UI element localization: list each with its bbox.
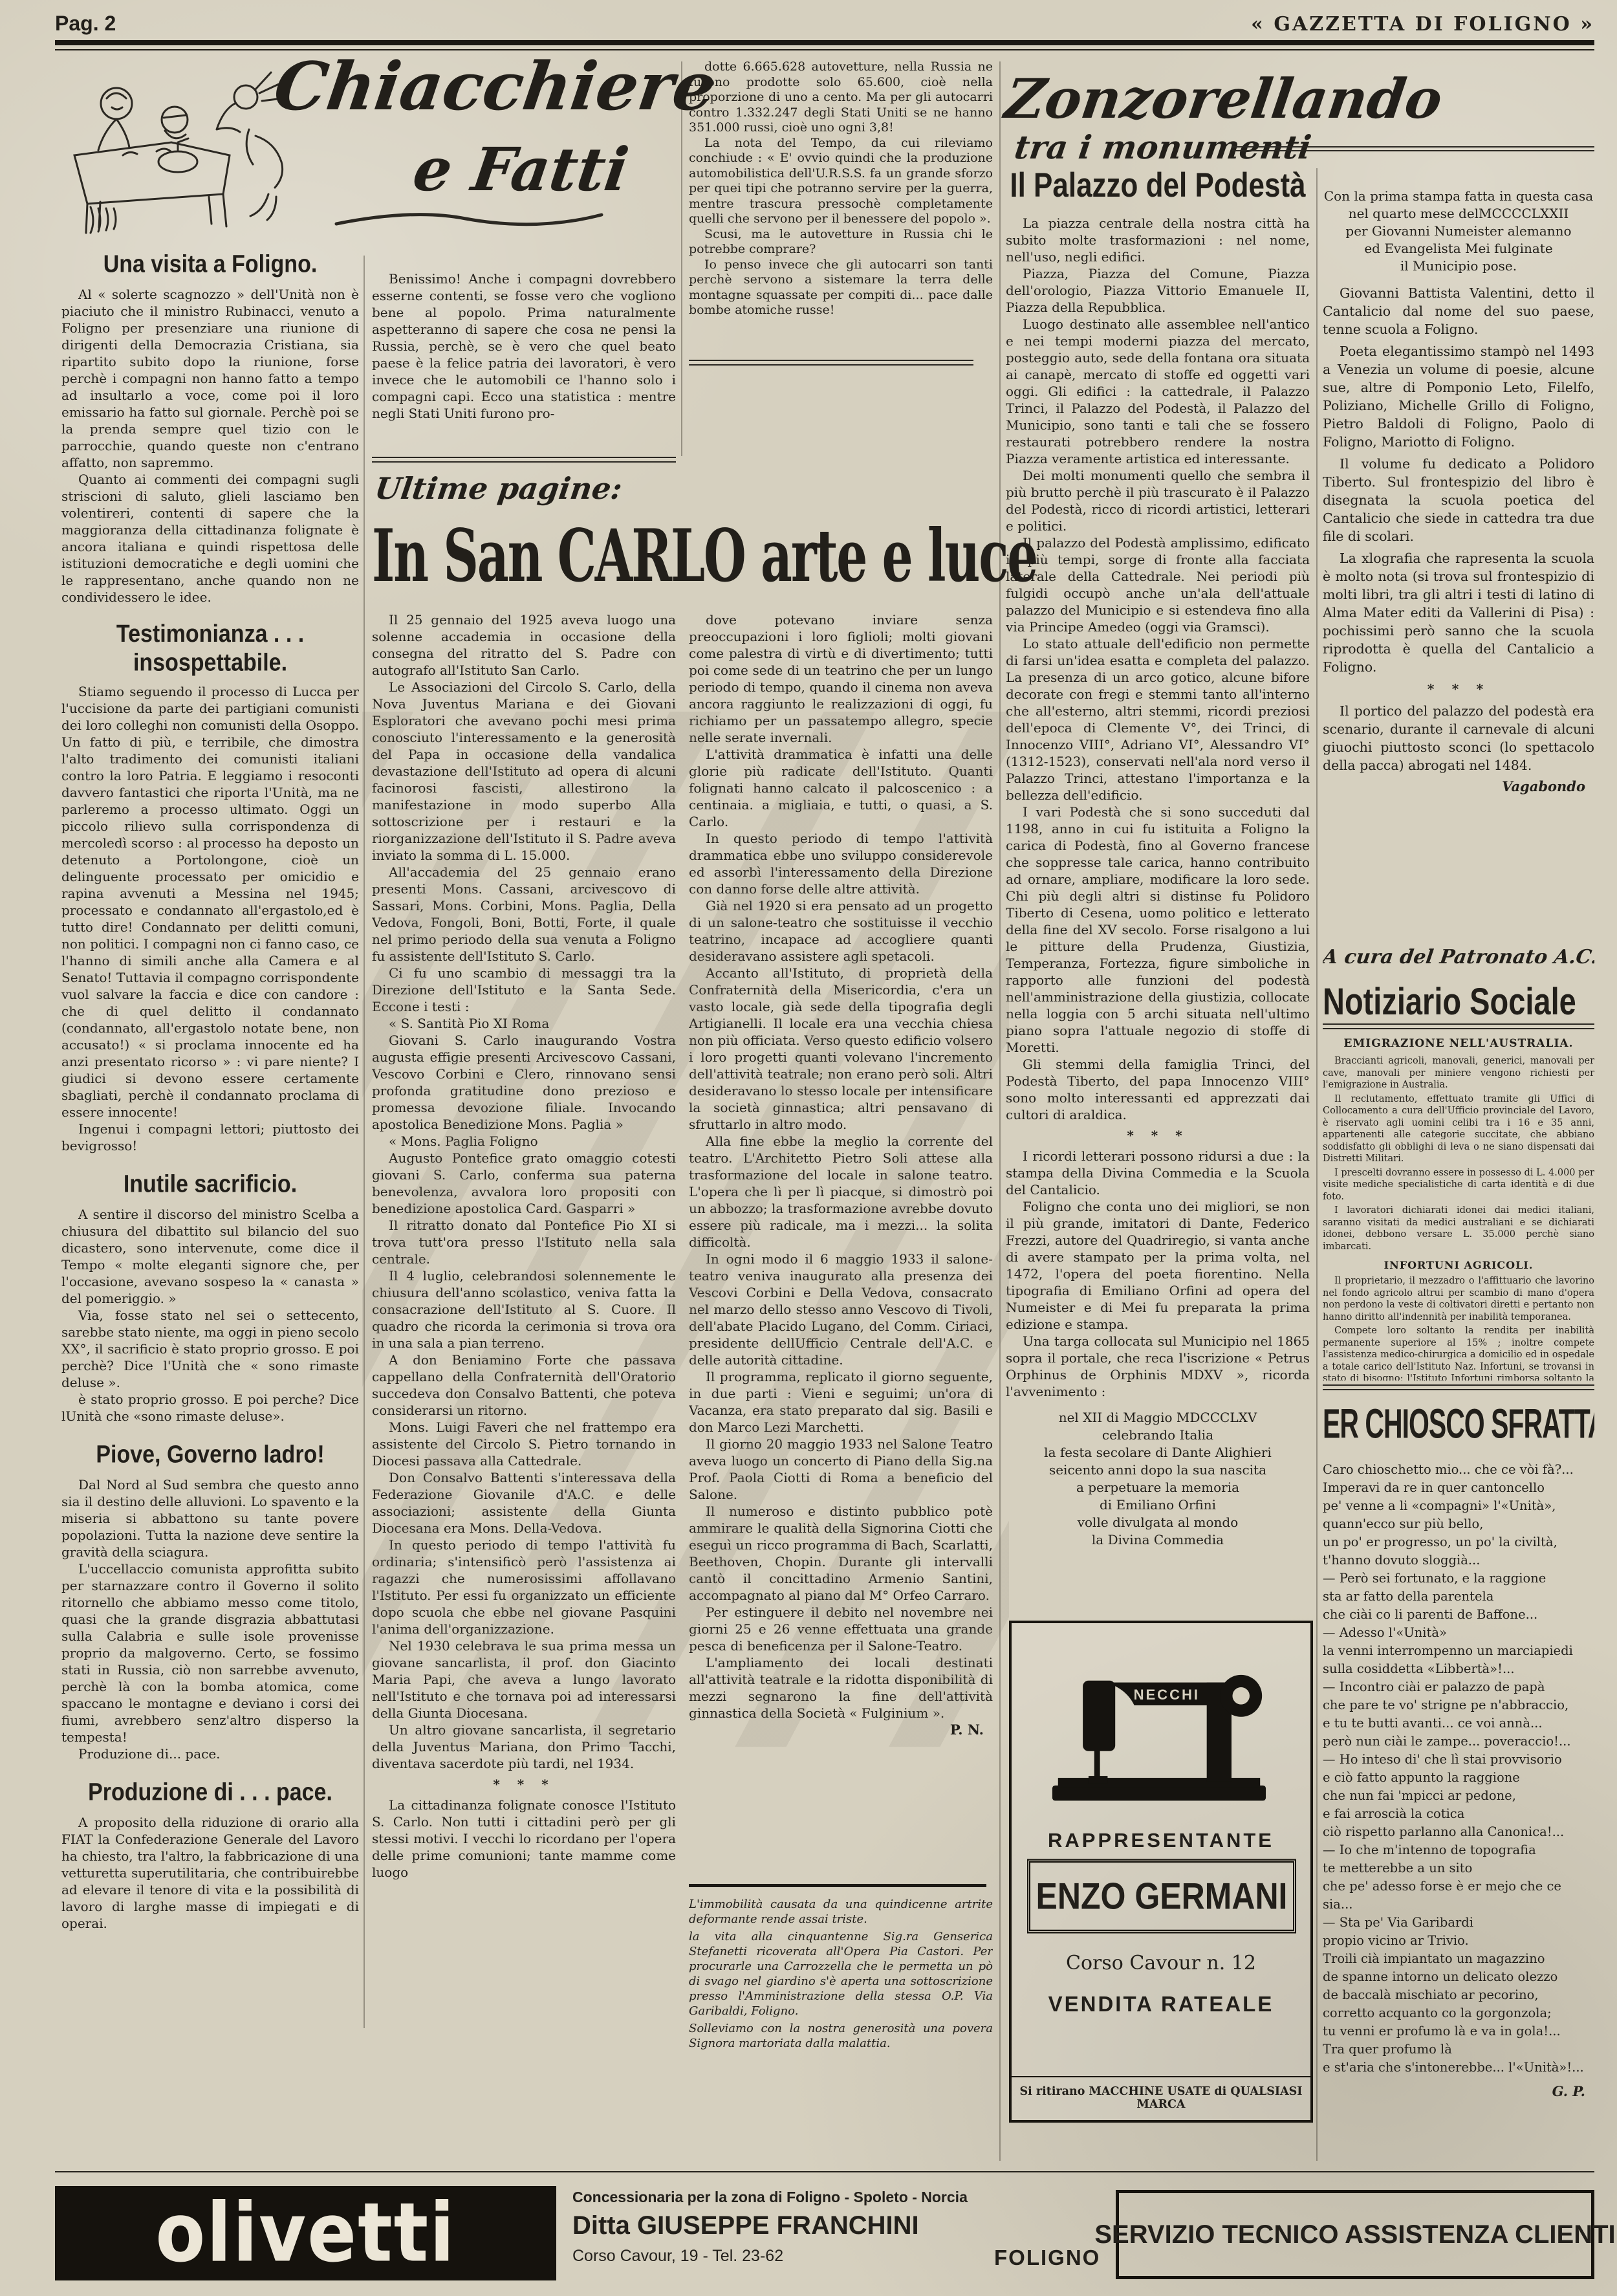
paragraph: Gli stemmi della famiglia Trinci, del Po… — [1006, 1056, 1310, 1123]
paragraph: Le Associazioni del Circolo S. Carlo, de… — [372, 679, 676, 864]
paragraph: è stato proprio grosso. E poi perche? Di… — [61, 1391, 359, 1425]
paragraph: Caro chioschetto mio... che ce vòi fà?..… — [1323, 1461, 1594, 1479]
paragraph: Mons. Luigi Faveri che nel frattempo era… — [372, 1419, 676, 1469]
masthead-title: « GAZZETTA DI FOLIGNO » — [1251, 13, 1594, 36]
masthead-flourish — [333, 211, 605, 237]
page-number: Pag. 2 — [55, 12, 116, 36]
palazzo-heading: Il Palazzo del Podestà — [1006, 169, 1310, 205]
san-carlo-headline-wrap: In San CARLO arte e luce — [372, 515, 977, 599]
paragraph: e st'aria che s'intonerebbe... l'«Unità»… — [1323, 2059, 1594, 2077]
paragraph: e fai arroscià la cotica — [1323, 1805, 1594, 1823]
paragraph: per Giovanni Numeister alemanno — [1323, 223, 1594, 240]
paragraph: de baccalà mischiato ar pecorino, — [1323, 1986, 1594, 2004]
paragraph: Accanto all'Istituto, di proprietà della… — [689, 965, 993, 1133]
paragraph: ed Evangelista Mei fulginate — [1323, 240, 1594, 257]
paragraph: Giovanni Battista Valentini, detto il Ca… — [1323, 284, 1594, 338]
section-heading-visita: Una visita a Foligno. — [61, 251, 359, 278]
paragraph: Produzione di... pace. — [61, 1745, 359, 1762]
machine-brand-label: NECCHI — [1134, 1687, 1200, 1703]
paragraph: La piazza centrale della nostra città ha… — [1006, 215, 1310, 265]
san-carlo-signature: P. N. — [689, 1722, 993, 1738]
paragraph: Scusi, ma le autovetture in Russia chi l… — [689, 227, 993, 257]
paragraph: Dal Nord al Sud sembra che questo anno s… — [61, 1476, 359, 1560]
paragraph: Tra quer profumo là — [1323, 2040, 1594, 2059]
paragraph: In questo periodo di tempo l'attività fu… — [372, 1536, 676, 1637]
charity-notice-lines: L'immobilità causata da una quindicenne … — [689, 1897, 993, 2051]
paragraph: però nun ciài le zampe... poveraccio!... — [1323, 1733, 1594, 1751]
paragraph: L'immobilità causata da una quindicenne … — [689, 1897, 993, 1927]
paragraph: Il volume fu dedicato a Polidoro Tiberto… — [1323, 455, 1594, 545]
paragraph: la Divina Commedia — [1006, 1531, 1310, 1549]
paragraph: A proposito della riduzione di orario al… — [61, 1814, 359, 1932]
chiosco-poem: Caro chioschetto mio... che ce vòi fà?..… — [1323, 1461, 1594, 2077]
olivetti-logo: olivetti — [155, 2186, 455, 2280]
statistics-paragraphs: dotte 6.665.628 autovetture, nella Russi… — [689, 60, 993, 318]
charity-notice: L'immobilità causata da una quindicenne … — [689, 1897, 993, 2091]
paragraph: la venni interrompenno un marciapiedi — [1323, 1642, 1594, 1660]
paragraph: Il giorno 20 maggio 1933 nel Salone Teat… — [689, 1436, 993, 1503]
dealer-line1: Concessionaria per la zona di Foligno - … — [572, 2189, 986, 2206]
paragraph: — Adesso l'«Unità» — [1323, 1624, 1594, 1642]
paragraph: Poeta elegantissimo stampò nel 1493 a Ve… — [1323, 342, 1594, 451]
paragraph: « S. Santità Pio XI Roma — [372, 1015, 676, 1032]
section-heading-testimonianza: Testimonianza . . . insospettabile. — [61, 619, 359, 677]
bottom-band: olivetti Concessionaria per la zona di F… — [55, 2183, 1594, 2286]
paragraph: Ci fu uno scambio di messaggi tra la Dir… — [372, 965, 676, 1015]
ad-note: Si ritirano MACCHINE USATE di QUALSIASI … — [1012, 2076, 1310, 2111]
masthead-script-line2: e Fatti — [409, 135, 633, 204]
paragraph: — Incontro ciài er palazzo de papà — [1323, 1678, 1594, 1696]
zonzorellando-title: Zonzorellando — [1002, 70, 1446, 128]
paragraph: propio vicino ar Trivio. — [1323, 1932, 1594, 1950]
paragraph: Alla fine ebbe la meglio la corrente del… — [689, 1133, 993, 1251]
paragraph: * * * — [372, 1776, 676, 1793]
paragraph: Lo stato attuale dell'edificio non perme… — [1006, 635, 1310, 804]
paragraph: Braccianti agricoli, manovali, generici,… — [1323, 1055, 1594, 1091]
paragraph: L'ampliamento dei locali destinati all'a… — [689, 1654, 993, 1722]
palazzo-paragraphs: La piazza centrale della nostra città ha… — [1006, 215, 1310, 1400]
paragraph: — Però sei fortunato, e la raggione — [1323, 1569, 1594, 1588]
notiziario-title: Notiziario Sociale — [1323, 979, 1594, 1023]
san-carlo-headline: In San CARLO arte e luce — [372, 515, 989, 598]
paragraph: Troili cià impiantato un magazzino — [1323, 1950, 1594, 1968]
san-carlo-column-a: Il 25 gennaio del 1925 aveva luogo una s… — [372, 611, 676, 2031]
paragraph: Una targa collocata sul Municipio nel 18… — [1006, 1333, 1310, 1400]
paragraph: Luogo destinato alle assemblee nell'anti… — [1006, 316, 1310, 467]
section-produzione-paragraphs: A proposito della riduzione di orario al… — [61, 1814, 359, 1932]
paragraph: I ricordi letterari possono ridursi a du… — [1006, 1148, 1310, 1198]
paragraph: Il numeroso e distinto pubblico potè amm… — [689, 1503, 993, 1604]
dante-inscription: nel XII di Maggio MDCCCLXVcelebrando Ita… — [1006, 1409, 1310, 1549]
section-heading-produzione: Produzione di . . . pace. — [61, 1778, 359, 1807]
column-5-top: Con la prima stampa fatta in questa casa… — [1323, 188, 1594, 941]
column-4: Il Palazzo del Podestà La piazza central… — [1006, 169, 1310, 1609]
paragraph: Nel 1930 celebrava le sua prima messa un… — [372, 1637, 676, 1722]
sewing-machine-icon: NECCHI — [1043, 1635, 1275, 1816]
paragraph: corretto acquanto co la gorgonzola; — [1323, 2004, 1594, 2022]
paragraph: Giovani S. Carlo inaugurando Vostra augu… — [372, 1032, 676, 1133]
bottom-rule — [55, 2171, 1594, 2172]
section-visita-paragraphs: Al « solerte scagnozzo » dell'Unità non … — [61, 286, 359, 606]
paragraph: Il 4 luglio, celebrandosi solennemente l… — [372, 1267, 676, 1351]
column-rule-4 — [1316, 168, 1318, 2161]
paragraph: Dei molti monumenti quello che sembra il… — [1006, 467, 1310, 534]
cantalicio-paragraphs: Giovanni Battista Valentini, detto il Ca… — [1323, 284, 1594, 774]
paragraph: che nun fai 'mpicci ar pedone, — [1323, 1787, 1594, 1805]
san-carlo-b-paragraphs: dove potevano inviare senza preoccupazio… — [689, 611, 993, 1722]
paragraph: ciò rispetto parlanno alla Canonica!... — [1323, 1823, 1594, 1841]
column-rule-1 — [364, 256, 365, 2028]
paragraph: Via, fosse stato nel sei o settecento, s… — [61, 1307, 359, 1391]
masthead-script-line1: Chiacchiere — [270, 54, 720, 119]
ad-terms: VENDITA RATEALE — [1012, 1992, 1310, 2017]
ad-address: Corso Cavour n. 12 — [1012, 1952, 1310, 1974]
rule-above-ultime — [372, 457, 676, 463]
paragraph: Piazza, Piazza del Comune, Piazza dell'o… — [1006, 265, 1310, 316]
paragraph: Ingenui i compagni lettori; piuttosto de… — [61, 1121, 359, 1154]
paragraph: * * * — [1006, 1127, 1310, 1144]
paragraph: e ciò fatto appunto la raggione — [1323, 1769, 1594, 1787]
olivetti-logo-box: olivetti — [55, 2186, 556, 2280]
paragraph: Al « solerte scagnozzo » dell'Unità non … — [61, 286, 359, 471]
paragraph: Compete loro soltanto la rendita per ina… — [1323, 1325, 1594, 1381]
paragraph: L'uccellaccio comunista approfitta subit… — [61, 1560, 359, 1745]
paragraph: Don Consalvo Battenti s'interessava dell… — [372, 1469, 676, 1536]
section-piove-paragraphs: Dal Nord al Sud sembra che questo anno s… — [61, 1476, 359, 1762]
dealer-line3: Corso Cavour, 19 - Tel. 23-62 — [572, 2247, 986, 2266]
paragraph: sulla cosiddetta «Libbertà»!... — [1323, 1660, 1594, 1678]
paragraph: il Municipio pose. — [1323, 257, 1594, 275]
er-chiosco: ER CHIOSCO SFRATTATO Caro chioschetto mi… — [1323, 1384, 1594, 2167]
column-3-top: dotte 6.665.628 autovetture, nella Russi… — [689, 60, 993, 364]
paragraph: Il ritratto donato dal Pontefice Pio XI … — [372, 1217, 676, 1267]
paragraph: nel XII di Maggio MDCCCLXV — [1006, 1409, 1310, 1427]
paragraph: volle divulgata al mondo — [1006, 1514, 1310, 1531]
notiziario-sub1: EMIGRAZIONE NELL'AUSTRALIA. — [1323, 1037, 1594, 1050]
paragraph: Già nel 1920 si era pensato ad un proget… — [689, 897, 993, 965]
paragraph: nel quarto mese delMCCCCLXXII — [1323, 205, 1594, 223]
paragraph: I prescelti dovranno essere in possesso … — [1323, 1167, 1594, 1203]
notiziario-title-rule — [1323, 1023, 1594, 1029]
paragraph: Benissimo! Anche i compagni dovrebbero e… — [372, 270, 676, 422]
paragraph: un po' er progresso, un po' la civiltà, — [1323, 1533, 1594, 1551]
paragraph: la festa secolare di Dante Alighieri — [1006, 1444, 1310, 1461]
paragraph: di Emiliano Orfini — [1006, 1496, 1310, 1514]
necchi-ad: NECCHI RAPPRESENTANTE ENZO GERMANI Corso… — [1009, 1621, 1313, 2123]
column-1: Una visita a Foligno. Al « solerte scagn… — [61, 251, 359, 2037]
paragraph: pe' venne a li «compagni» l'«Unità», — [1323, 1497, 1594, 1515]
paragraph: quann'ecco sur più bello, — [1323, 1515, 1594, 1533]
dealer-city: FOLIGNO — [994, 2246, 1100, 2270]
notiziario-sub2: INFORTUNI AGRICOLI. — [1323, 1259, 1594, 1271]
ad-role: RAPPRESENTANTE — [1012, 1829, 1310, 1852]
paragraph: t'hanno dovuto sloggià... — [1323, 1551, 1594, 1569]
ultime-pagine-kicker: Ultime pagine: — [373, 471, 624, 506]
column-rule-3 — [999, 61, 1001, 2161]
paragraph: tu venni er profumo là e va in gola!... — [1323, 2022, 1594, 2040]
paragraph: * * * — [1323, 680, 1594, 698]
paragraph: de spanne intorno un delicato olezzo — [1323, 1968, 1594, 1986]
paragraph: seicento anni dopo la sua nascita — [1006, 1461, 1310, 1479]
paragraph: la vita alla cinquantenne Sig.ra Genseri… — [689, 1929, 993, 2018]
paragraph: A sentire il discorso del ministro Scelb… — [61, 1206, 359, 1307]
chiosco-signature: G. P. — [1323, 2083, 1594, 2099]
paragraph: Per estinguere il debito nel novembre ne… — [689, 1604, 993, 1654]
section-heading-piove: Piove, Governo ladro! — [61, 1440, 359, 1469]
paragraph: Foligno che conta uno dei migliori, se n… — [1006, 1198, 1310, 1333]
column-2-intro: Benissimo! Anche i compagni dovrebbero e… — [372, 270, 676, 455]
paragraph: dove potevano inviare senza preoccupazio… — [689, 611, 993, 746]
paragraph: « Mons. Paglia Foligno — [372, 1133, 676, 1150]
zonzorellando-underline — [1232, 146, 1594, 151]
paragraph: sta ar fatto della parentela — [1323, 1588, 1594, 1606]
paragraph: Io penso invece che gli autocarri son ta… — [689, 257, 993, 318]
paragraph: Imperavi da re in quer cantoncello — [1323, 1479, 1594, 1497]
notiziario-paras-2: Il proprietario, il mezzadro o l'affittu… — [1323, 1275, 1594, 1381]
paragraph: Il 25 gennaio del 1925 aveva luogo una s… — [372, 611, 676, 679]
notiziario-kicker: A cura del Patronato A.C.L.I. — [1323, 946, 1594, 968]
paragraph: che pare te vo' strigne pe n'abbraccio, — [1323, 1696, 1594, 1714]
paragraph: Solleviamo con la nostra generosità una … — [689, 2021, 993, 2051]
paragraph: a perpetuare la memoria — [1006, 1479, 1310, 1496]
service-text: SERVIZIO TECNICO ASSISTENZA CLIENTI — [1094, 2220, 1615, 2249]
dealer-block: Concessionaria per la zona di Foligno - … — [572, 2189, 986, 2279]
paragraph: I vari Podestà che si sono succeduti dal… — [1006, 804, 1310, 1056]
san-carlo-column-b: dove potevano inviare senza preoccupazio… — [689, 611, 993, 1873]
zonzorellando-header: Zonzorellando tra i monumenti — [1006, 70, 1594, 167]
paragraph: All'accademia del 25 gennaio erano prese… — [372, 864, 676, 965]
dealer-line2: Ditta GIUSEPPE FRANCHINI — [572, 2211, 986, 2240]
paragraph: In questo periodo di tempo l'attività dr… — [689, 830, 993, 897]
paragraph: — Ho inteso di' che lì stai provvisorio — [1323, 1751, 1594, 1769]
paragraph: La cittadinanza folignate conosce l'Isti… — [372, 1797, 676, 1881]
paragraph: La xlografia che rapresenta la scuola è … — [1323, 549, 1594, 676]
paragraph: Il portico del palazzo del podestà era s… — [1323, 702, 1594, 774]
rule-above-notice — [689, 1884, 986, 1887]
paragraph: Stiamo seguendo il processo di Lucca per… — [61, 683, 359, 1121]
paragraph: e tu te butti avanti... ce voi annà... — [1323, 1714, 1594, 1733]
newspaper-page: { "page": { "number": "Pag. 2", "masthea… — [0, 0, 1617, 2296]
section-heading-sacrificio: Inutile sacrificio. — [61, 1170, 359, 1199]
chiosco-top-rule — [1323, 1384, 1594, 1390]
paragraph: Un altro giovane sancarlista, il segreta… — [372, 1722, 676, 1772]
paragraph: L'attività drammatica è infatti una dell… — [689, 746, 993, 830]
ad-name: ENZO GERMANI — [1027, 1859, 1296, 1934]
san-carlo-a-paragraphs: Il 25 gennaio del 1925 aveva luogo una s… — [372, 611, 676, 1881]
paragraph: te metterebbe a un sito — [1323, 1859, 1594, 1877]
paragraph: I lavoratori dichiarati idonei dai medic… — [1323, 1205, 1594, 1252]
chiosco-title: ER CHIOSCO SFRATTATO — [1323, 1401, 1594, 1448]
paragraph: Il reclutamento, effettuato tramite gli … — [1323, 1093, 1594, 1165]
vagabondo-signature: Vagabondo — [1323, 778, 1594, 794]
top-bar: Pag. 2 « GAZZETTA DI FOLIGNO » — [55, 12, 1594, 38]
paragraph: Il palazzo del Podestà amplissimo, edifi… — [1006, 534, 1310, 635]
paragraph: che ciài co li parenti de Baffone... — [1323, 1606, 1594, 1624]
paragraph: Quanto ai commenti dei compagni sugli st… — [61, 471, 359, 606]
paragraph: In ogni modo il 6 maggio 1933 il salone-… — [689, 1251, 993, 1368]
paragraph: Con la prima stampa fatta in questa casa — [1323, 188, 1594, 205]
paragraph: — Sta pe' Via Garibardi — [1323, 1914, 1594, 1932]
section-testimonianza-paragraphs: Stiamo seguendo il processo di Lucca per… — [61, 683, 359, 1154]
notiziario-paras-1: Braccianti agricoli, manovali, generici,… — [1323, 1055, 1594, 1252]
rule-below-statistics — [689, 360, 973, 366]
notiziario-sociale: A cura del Patronato A.C.L.I. Notiziario… — [1323, 946, 1594, 1381]
paragraph: La nota del Tempo, da cui rileviamo conc… — [689, 136, 993, 227]
paragraph: che pe' adesso forse è er mejo che ce si… — [1323, 1877, 1594, 1914]
paragraph: Augusto Pontefice grato omaggio cotesti … — [372, 1150, 676, 1217]
paragraph: A don Beniamino Forte che passava cappel… — [372, 1351, 676, 1419]
paragraph: celebrando Italia — [1006, 1427, 1310, 1444]
intro-paragraphs: Benissimo! Anche i compagni dovrebbero e… — [372, 270, 676, 422]
paragraph: Il proprietario, il mezzadro o l'affittu… — [1323, 1275, 1594, 1323]
printing-plaque: Con la prima stampa fatta in questa casa… — [1323, 188, 1594, 275]
paragraph: — Io che m'intenno de topografia — [1323, 1841, 1594, 1859]
paragraph: Il programma, replicato il giorno seguen… — [689, 1368, 993, 1436]
paragraph: dotte 6.665.628 autovetture, nella Russi… — [689, 60, 993, 136]
chiacchiere-masthead: Chiacchiere e Fatti — [61, 58, 682, 249]
section-sacrificio-paragraphs: A sentire il discorso del ministro Scelb… — [61, 1206, 359, 1425]
service-box: SERVIZIO TECNICO ASSISTENZA CLIENTI — [1116, 2190, 1594, 2279]
